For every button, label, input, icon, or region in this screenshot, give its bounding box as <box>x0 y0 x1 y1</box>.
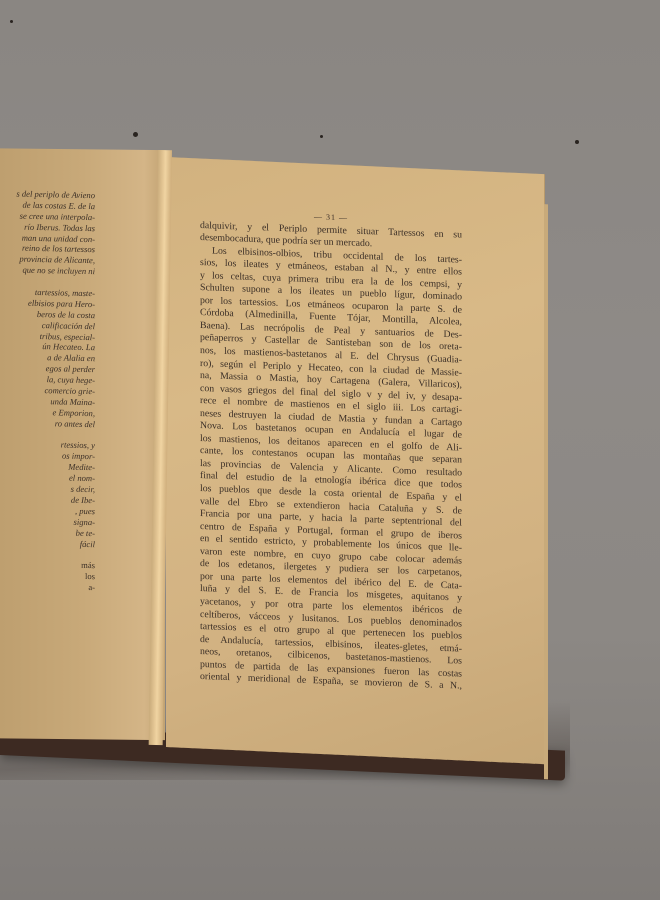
dust-speck <box>10 20 13 23</box>
left-page-text: s del periplo de Avieno de las costas E.… <box>0 188 95 593</box>
dust-speck <box>575 140 579 144</box>
dust-speck <box>133 132 138 137</box>
page-edge <box>544 204 548 779</box>
right-page-text: — 31 — dalquivir, y el Periplo permite s… <box>200 207 462 693</box>
text-line: a- <box>0 580 95 593</box>
dust-speck <box>320 135 323 138</box>
